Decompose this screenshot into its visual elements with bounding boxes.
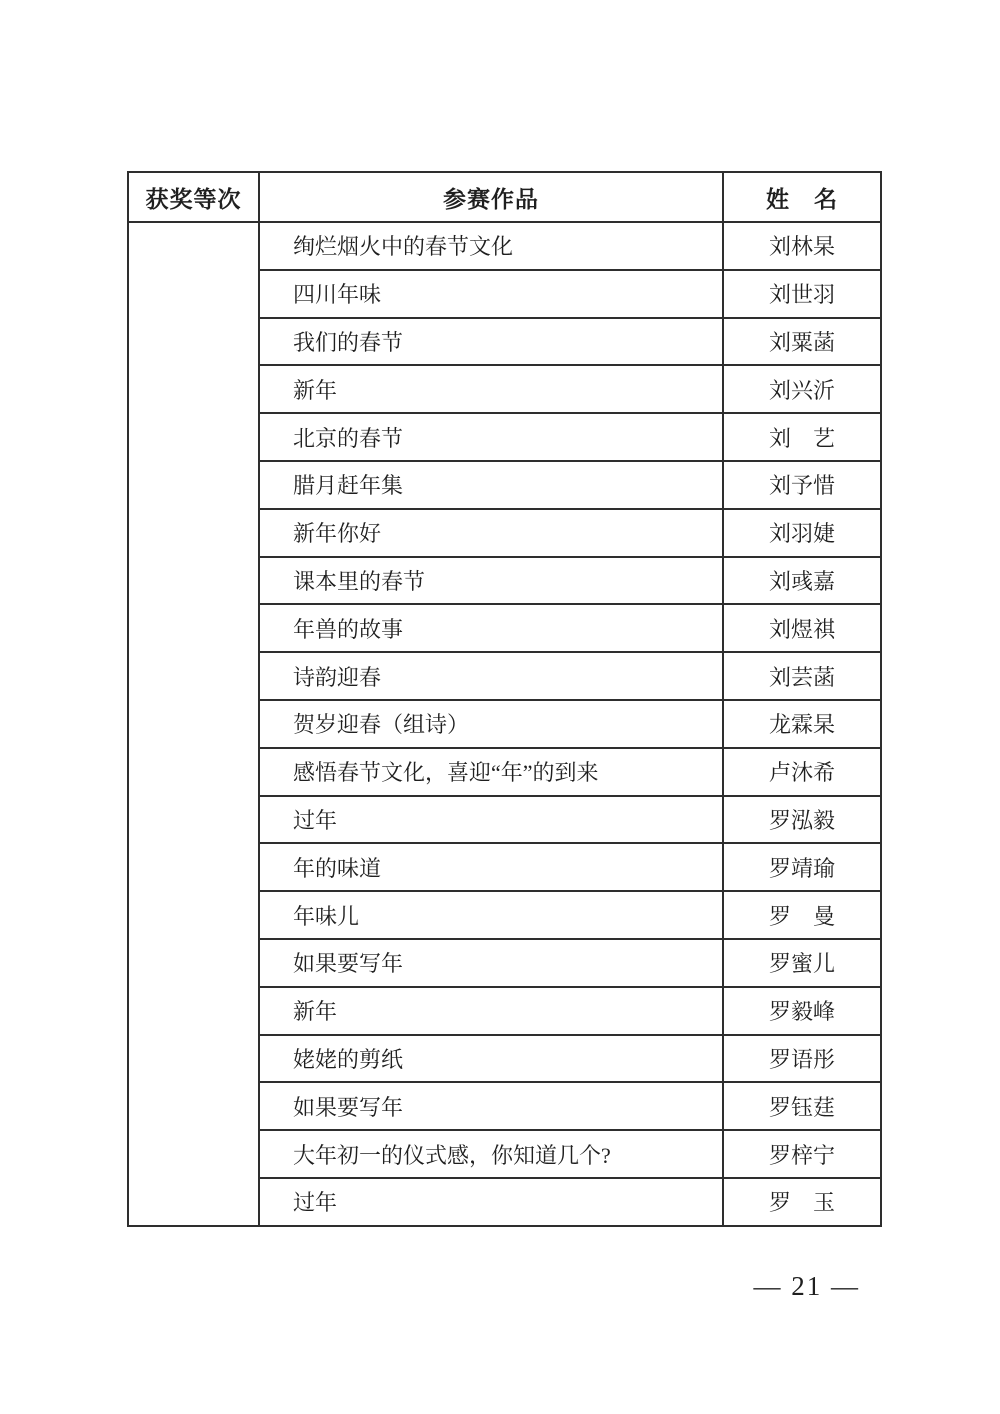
page-number: — 21 —: [754, 1271, 861, 1302]
entry-work-cell: 如果要写年: [259, 939, 723, 987]
entry-work-cell: 年的味道: [259, 843, 723, 891]
entry-work-cell: 四川年味: [259, 270, 723, 318]
author-name-cell: 刘彧嘉: [723, 557, 881, 605]
award-level-merged-cell: [128, 222, 259, 1226]
entry-work-cell: 年味儿: [259, 891, 723, 939]
author-name-cell: 罗靖瑜: [723, 843, 881, 891]
entry-work-cell: 贺岁迎春（组诗）: [259, 700, 723, 748]
entry-work-cell: 新年你好: [259, 509, 723, 557]
author-name-cell: 刘 艺: [723, 413, 881, 461]
table-body: 绚烂烟火中的春节文化刘林杲四川年味刘世羽我们的春节刘粟菡新年刘兴沂北京的春节刘 …: [128, 222, 881, 1226]
entry-work-cell: 过年: [259, 796, 723, 844]
entry-work-cell: 腊月赶年集: [259, 461, 723, 509]
author-name-cell: 卢沐希: [723, 748, 881, 796]
entry-work-cell: 年兽的故事: [259, 604, 723, 652]
entry-work-cell: 诗韵迎春: [259, 652, 723, 700]
author-name-cell: 刘粟菡: [723, 318, 881, 366]
entry-work-cell: 北京的春节: [259, 413, 723, 461]
author-name-cell: 刘煜祺: [723, 604, 881, 652]
entry-work-cell: 如果要写年: [259, 1082, 723, 1130]
author-name-cell: 龙霖杲: [723, 700, 881, 748]
entry-work-cell: 新年: [259, 987, 723, 1035]
entry-work-cell: 绚烂烟火中的春节文化: [259, 222, 723, 270]
entry-work-cell: 新年: [259, 365, 723, 413]
table-row: 绚烂烟火中的春节文化刘林杲: [128, 222, 881, 270]
author-name-cell: 罗语彤: [723, 1035, 881, 1083]
author-name-cell: 刘林杲: [723, 222, 881, 270]
author-name-cell: 罗 曼: [723, 891, 881, 939]
entry-work-cell: 我们的春节: [259, 318, 723, 366]
author-name-cell: 罗毅峰: [723, 987, 881, 1035]
column-header-entry-work: 参赛作品: [259, 172, 723, 222]
author-name-cell: 罗泓毅: [723, 796, 881, 844]
column-header-name: 姓 名: [723, 172, 881, 222]
entry-work-cell: 感悟春节文化，喜迎“年”的到来: [259, 748, 723, 796]
entry-work-cell: 姥姥的剪纸: [259, 1035, 723, 1083]
document-page: { "table": { "headers": { "award": "获奖等次…: [0, 0, 1000, 1414]
author-name-cell: 刘世羽: [723, 270, 881, 318]
entry-work-cell: 课本里的春节: [259, 557, 723, 605]
author-name-cell: 刘羽婕: [723, 509, 881, 557]
author-name-cell: 罗 玉: [723, 1178, 881, 1226]
author-name-cell: 刘芸菡: [723, 652, 881, 700]
entry-work-cell: 大年初一的仪式感，你知道几个?: [259, 1130, 723, 1178]
award-results-table: 获奖等次 参赛作品 姓 名 绚烂烟火中的春节文化刘林杲四川年味刘世羽我们的春节刘…: [127, 171, 882, 1227]
author-name-cell: 刘予惜: [723, 461, 881, 509]
column-header-award-level: 获奖等次: [128, 172, 259, 222]
entry-work-cell: 过年: [259, 1178, 723, 1226]
author-name-cell: 罗梓宁: [723, 1130, 881, 1178]
table-header-row: 获奖等次 参赛作品 姓 名: [128, 172, 881, 222]
author-name-cell: 刘兴沂: [723, 365, 881, 413]
author-name-cell: 罗钰莛: [723, 1082, 881, 1130]
author-name-cell: 罗蜜儿: [723, 939, 881, 987]
